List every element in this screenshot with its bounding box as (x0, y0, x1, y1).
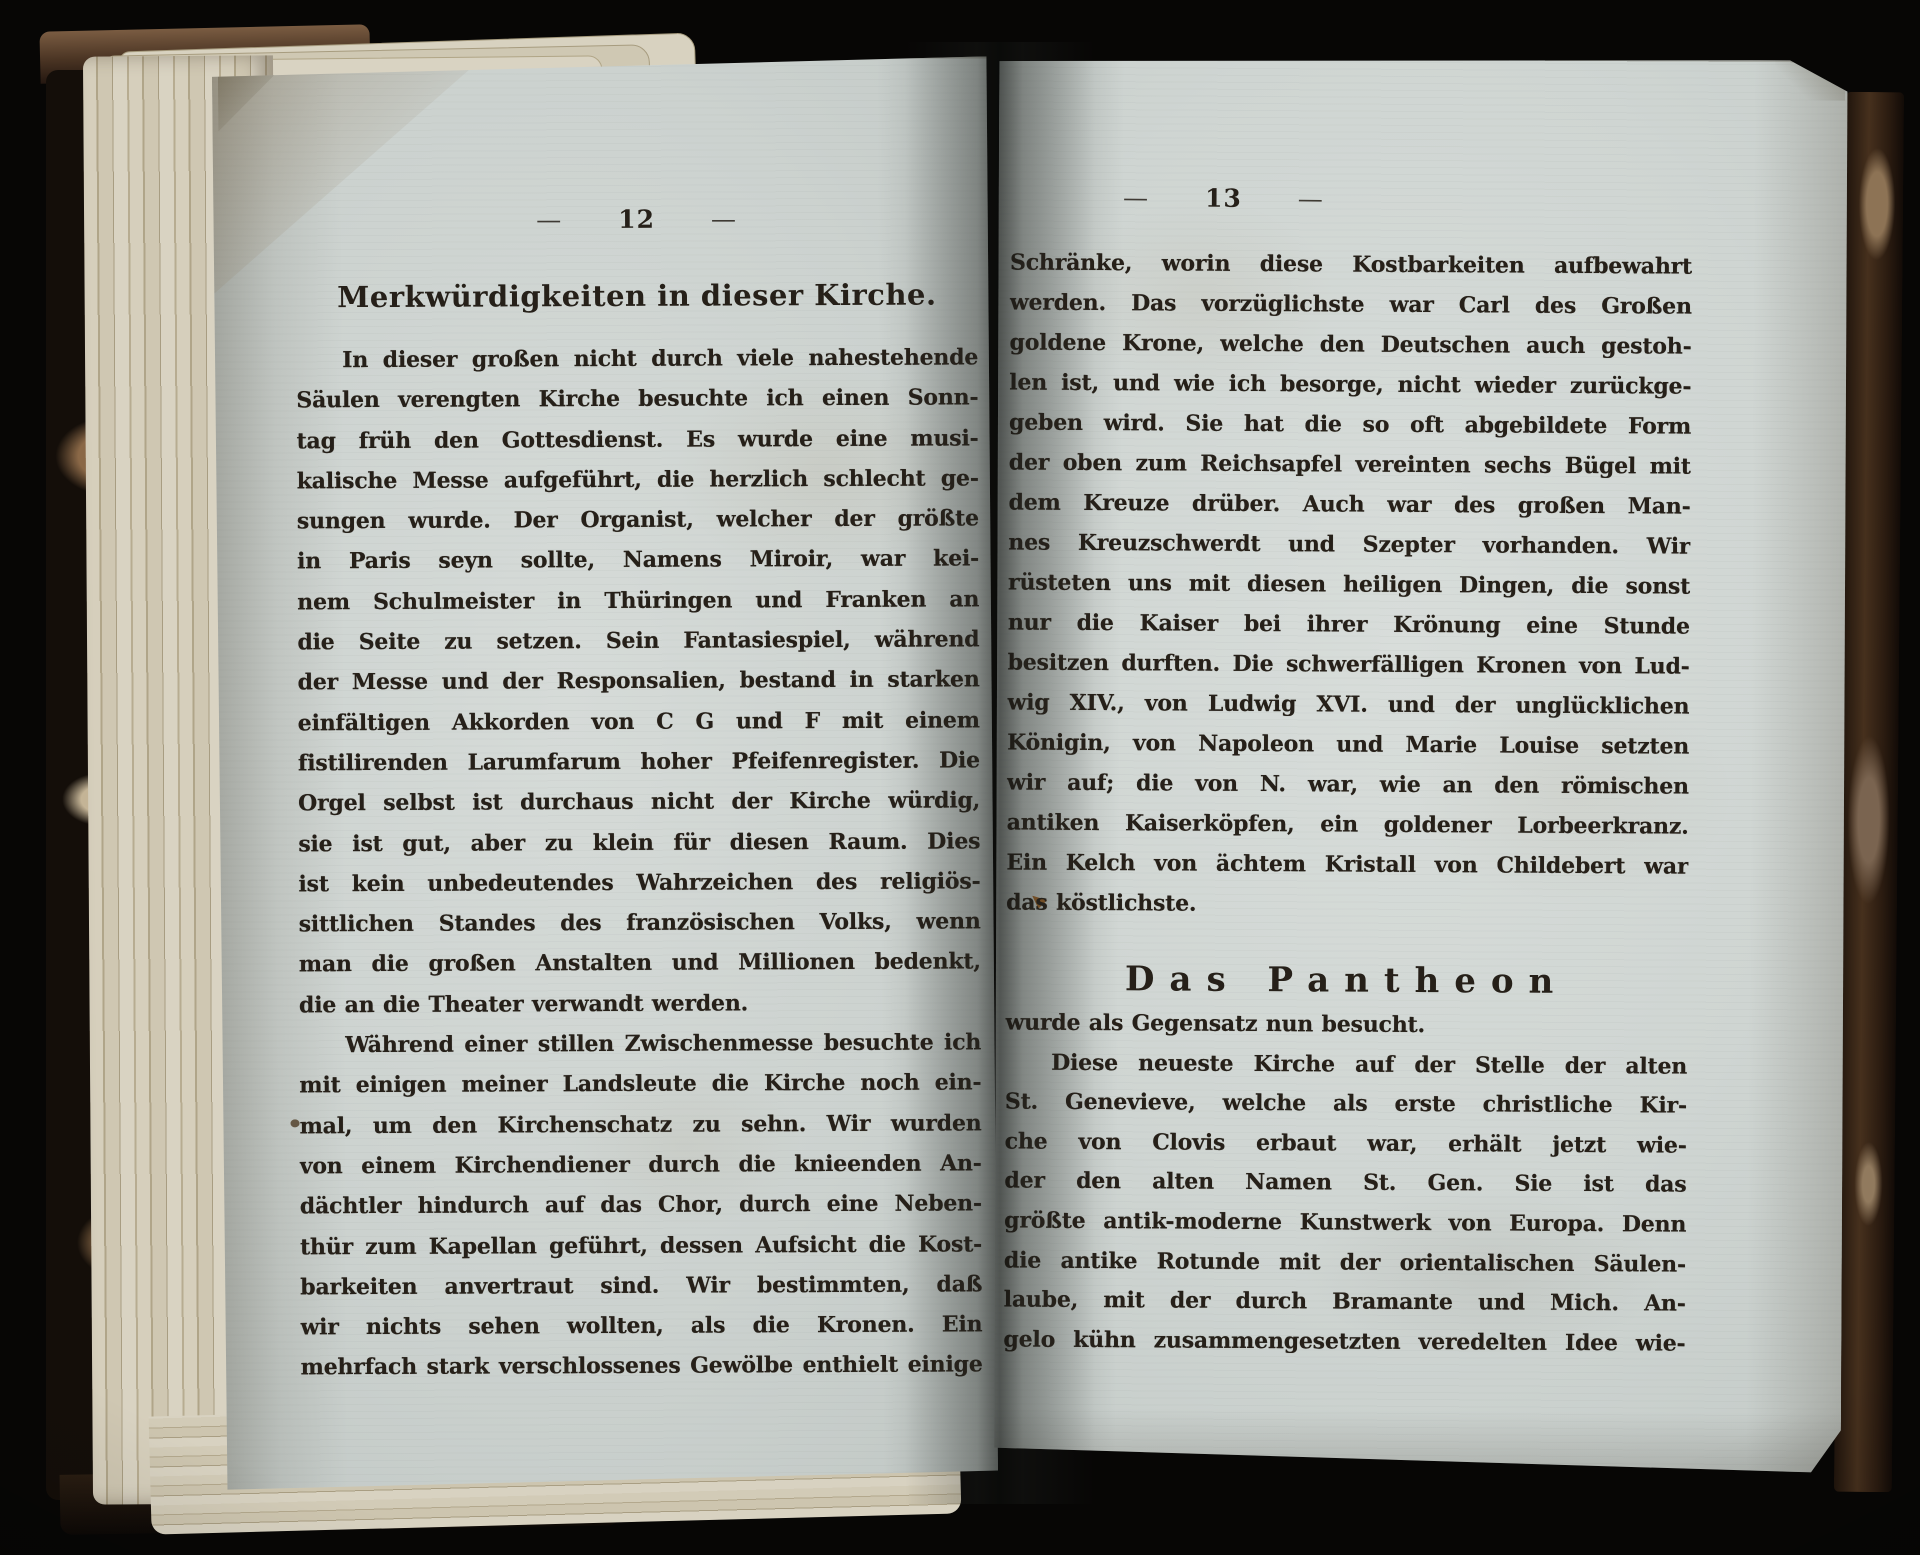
text-line: Schränke, worin diese Kostbarkeiten aufb… (1010, 242, 1692, 286)
right-page: — 13 — Schränke, worin diese Kostbarkeit… (991, 55, 1850, 1472)
text-line: barkeiten anvertraut sind. Wir bestimmte… (300, 1264, 982, 1307)
text-line: der den alten Namen St. Gen. Sie ist das (1004, 1162, 1686, 1206)
book-photo: { "palette": { "background": "#070605", … (0, 0, 1920, 1555)
text-line: In dieser großen nicht durch viele nahes… (296, 337, 978, 380)
text-line: wir nichts sehen wollten, als die Kronen… (300, 1304, 982, 1347)
text-line: sittlichen Standes des französischen Vol… (299, 902, 981, 945)
text-line: Während einer stillen Zwischenmesse besu… (299, 1022, 981, 1065)
body-text: wurde als Gegensatz nun besucht.Diese ne… (1003, 1003, 1687, 1367)
header-dash: — (536, 205, 562, 234)
text-line: gelo kühn zusammengesetzten veredelten I… (1003, 1320, 1685, 1364)
text-line: Orgel selbst ist durchaus nicht der Kirc… (298, 781, 980, 824)
text-line: mal, um den Kirchenschatz zu sehn. Wir w… (299, 1103, 981, 1146)
text-line: thür zum Kapellan geführt, dessen Aufsic… (300, 1224, 982, 1267)
page-number: 12 (618, 205, 655, 234)
text-line: mehrfach stark verschlossenes Gewölbe en… (301, 1345, 983, 1388)
text-line: rüsteten uns mit diesen heiligen Dingen,… (1008, 562, 1690, 606)
text-line: laube, mit der durch Bramante und Mich. … (1004, 1281, 1686, 1325)
text-line: Königin, von Napoleon und Marie Louise s… (1007, 722, 1689, 766)
left-page: — 12 — Merkwürdigkeiten in dieser Kirche… (212, 56, 998, 1489)
header-dash: — (1298, 184, 1324, 213)
text-line: kalische Messe aufgeführt, die herzlich … (297, 458, 979, 501)
text-line: Säulen verengten Kirche besuchte ich ein… (296, 378, 978, 421)
text-line: Diese neueste Kirche auf der Stelle der … (1005, 1043, 1687, 1087)
body-text: In dieser großen nicht durch viele nahes… (296, 337, 983, 1392)
text-line: Ein Kelch von ächtem Kristall von Childe… (1006, 842, 1688, 886)
text-line: wir auf; die von N. war, wie an den römi… (1007, 762, 1689, 806)
text-line: der oben zum Reichsapfel vereinten sechs… (1009, 442, 1691, 486)
text-line: len ist, und wie ich besorge, nicht wied… (1009, 362, 1691, 406)
text-line: man die großen Anstalten und Millionen b… (299, 942, 981, 985)
text-line: der Messe und der Responsalien, bestand … (298, 660, 980, 703)
text-line: geben wird. Sie hat die so oft abgebilde… (1009, 402, 1691, 446)
text-line: nes Kreuzschwerdt und Szepter vorhanden.… (1008, 522, 1690, 566)
header-dash: — (1123, 183, 1149, 212)
text-line: in Paris seyn sollte, Namens Miroir, war… (297, 539, 979, 582)
text-line: mit einigen meiner Landsleute die Kirche… (299, 1063, 981, 1106)
text-line: ist kein unbedeutendes Wahrzeichen des r… (298, 861, 980, 904)
text-line: wurde als Gegensatz nun besucht. (1005, 1003, 1687, 1047)
text-line: nem Schulmeister in Thüringen und Franke… (297, 579, 979, 622)
text-line: sie ist gut, aber zu klein für diesen Ra… (298, 821, 980, 864)
page-number: 13 (1205, 184, 1242, 213)
body-text: Schränke, worin diese Kostbarkeiten aufb… (1006, 242, 1692, 930)
text-line: goldene Krone, welche den Deutschen auch… (1009, 322, 1691, 366)
text-line: dächtler hindurch auf das Chor, durch ei… (300, 1184, 982, 1227)
text-line: die an die Theater verwandt werden. (299, 982, 981, 1025)
text-line: einfältigen Akkorden von C G und F mit e… (298, 700, 980, 743)
foxing-spot (291, 1119, 300, 1127)
text-line: größte antik-moderne Kunstwerk von Europ… (1004, 1201, 1686, 1245)
text-line: die antike Rotunde mit der orientalische… (1004, 1241, 1686, 1285)
text-line: nur die Kaiser bei ihrer Krönung eine St… (1008, 602, 1690, 646)
chapter-heading: Merkwürdigkeiten in dieser Kirche. (296, 277, 978, 314)
text-line: sungen wurde. Der Organist, welcher der … (297, 499, 979, 542)
header-dash: — (711, 204, 737, 233)
text-line: che von Clovis erbaut war, erhält jetzt … (1005, 1122, 1687, 1166)
text-line: tag früh den Gottesdienst. Es wurde eine… (296, 418, 978, 461)
text-line: antiken Kaiserköpfen, ein goldener Lorbe… (1007, 802, 1689, 846)
text-line: St. Genevieve, welche als erste christli… (1005, 1083, 1687, 1127)
text-line: dem Kreuze drüber. Auch war des großen M… (1008, 482, 1690, 526)
top-edge-shadow (1775, 60, 1845, 100)
text-line: die Seite zu setzen. Sein Fantasiespiel,… (297, 619, 979, 662)
text-line: das köstlichste. (1006, 882, 1688, 926)
page-header: — 12 — (296, 203, 978, 235)
text-line: von einem Kirchendiener durch die knieen… (300, 1143, 982, 1186)
text-line: fistilirenden Larumfarum hoher Pfeifenre… (298, 740, 980, 783)
section-heading: Das Pantheon (1006, 958, 1688, 1002)
text-line: werden. Das vorzüglichste war Carl des G… (1010, 282, 1692, 326)
text-line: besitzen durften. Die schwerfälligen Kro… (1007, 642, 1689, 686)
text-line: wig XIV., von Ludwig XVI. und der unglüc… (1007, 682, 1689, 726)
